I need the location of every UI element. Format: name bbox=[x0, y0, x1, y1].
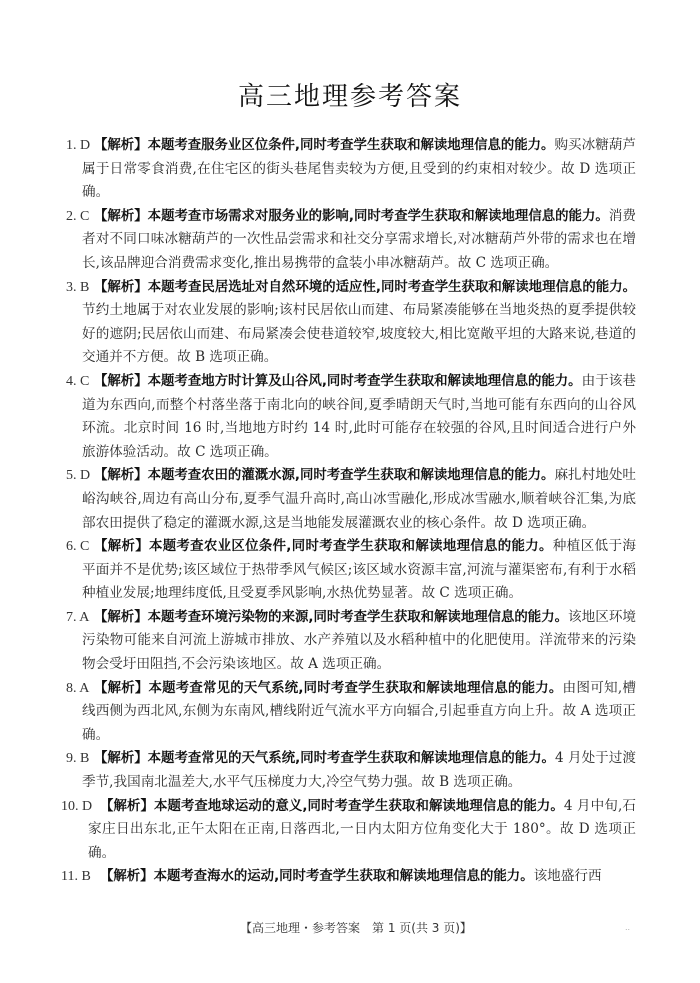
answer-lead: 本题考查市场需求对服务业的影响,同时考查学生获取和解读地理信息的能力。 bbox=[148, 209, 609, 224]
answer-body: 节约土地属于对农业发展的影响;该村民居依山而建、布局紧凑能够在当地炎热的夏季提供… bbox=[82, 302, 636, 365]
analysis-tag: 【解析】 bbox=[94, 751, 148, 766]
answer-item-10: 10. D【解析】本题考查地球运动的意义,同时考查学生获取和解读地理信息的能力。… bbox=[66, 795, 636, 866]
analysis-tag: 【解析】 bbox=[94, 468, 148, 483]
answer-lead: 本题考查海水的运动,同时考查学生获取和解读地理信息的能力。 bbox=[154, 869, 534, 884]
answer-number: 7. A bbox=[66, 606, 89, 630]
answer-number: 2. C bbox=[66, 205, 89, 229]
analysis-tag: 【解析】 bbox=[94, 539, 149, 554]
answer-lead: 本题考查常见的天气系统,同时考查学生获取和解读地理信息的能力。 bbox=[148, 751, 555, 766]
answer-lead: 本题考查农田的灌溉水源,同时考查学生获取和解读地理信息的能力。 bbox=[148, 468, 555, 483]
page-footer: 【高三地理・参考答案 第 1 页(共 3 页)】 bbox=[240, 919, 472, 936]
analysis-tag: 【解析】 bbox=[94, 209, 148, 224]
answer-lead: 本题考查地方时计算及山谷风,同时考查学生获取和解读地理信息的能力。 bbox=[148, 374, 582, 389]
answer-number: 4. C bbox=[66, 370, 89, 394]
answer-item-6: 6. C【解析】本题考查农业区位条件,同时考查学生获取和解读地理信息的能力。种植… bbox=[66, 535, 636, 606]
analysis-tag: 【解析】 bbox=[94, 374, 148, 389]
document-title: 高三地理参考答案 bbox=[0, 76, 700, 113]
answer-lead: 本题考查服务业区位条件,同时考查学生获取和解读地理信息的能力。 bbox=[148, 138, 555, 153]
answer-item-7: 7. A【解析】本题考查环境污染物的来源,同时考查学生获取和解读地理信息的能力。… bbox=[66, 606, 636, 677]
answer-number: 9. B bbox=[66, 747, 89, 771]
analysis-tag: 【解析】 bbox=[94, 681, 149, 696]
answer-number: 5. D bbox=[66, 464, 90, 488]
analysis-tag: 【解析】 bbox=[94, 138, 148, 153]
analysis-tag: 【解析】 bbox=[94, 280, 148, 295]
answer-number: 1. D bbox=[66, 134, 90, 158]
analysis-tag: 【解析】 bbox=[94, 610, 148, 625]
answer-item-3: 3. B【解析】本题考查民居选址对自然环境的适应性,同时考查学生获取和解读地理信… bbox=[66, 276, 636, 370]
answer-item-1: 1. D【解析】本题考查服务业区位条件,同时考查学生获取和解读地理信息的能力。购… bbox=[66, 134, 636, 205]
answer-item-11: 11. B【解析】本题考查海水的运动,同时考查学生获取和解读地理信息的能力。该地… bbox=[66, 865, 636, 889]
answer-item-4: 4. C【解析】本题考查地方时计算及山谷风,同时考查学生获取和解读地理信息的能力… bbox=[66, 370, 636, 464]
answer-number: 3. B bbox=[66, 276, 89, 300]
answer-lead: 本题考查民居选址对自然环境的适应性,同时考查学生获取和解读地理信息的能力。 bbox=[148, 280, 636, 295]
answer-lead: 本题考查环境污染物的来源,同时考查学生获取和解读地理信息的能力。 bbox=[148, 610, 568, 625]
answer-body: 该地盛行西 bbox=[534, 868, 602, 884]
answer-lead: 本题考查农业区位条件,同时考查学生获取和解读地理信息的能力。 bbox=[149, 539, 553, 554]
answer-list: 1. D【解析】本题考查服务业区位条件,同时考查学生获取和解读地理信息的能力。购… bbox=[66, 134, 636, 889]
answer-item-2: 2. C【解析】本题考查市场需求对服务业的影响,同时考查学生获取和解读地理信息的… bbox=[66, 205, 636, 276]
answer-item-9: 9. B【解析】本题考查常见的天气系统,同时考查学生获取和解读地理信息的能力。4… bbox=[66, 747, 636, 794]
answer-item-5: 5. D【解析】本题考查农田的灌溉水源,同时考查学生获取和解读地理信息的能力。麻… bbox=[66, 464, 636, 535]
answer-number: 6. C bbox=[66, 535, 89, 559]
analysis-tag: 【解析】 bbox=[100, 869, 154, 884]
answer-number: 11. B bbox=[61, 865, 91, 889]
answer-lead: 本题考查常见的天气系统,同时考查学生获取和解读地理信息的能力。 bbox=[149, 681, 563, 696]
answer-number: 10. D bbox=[61, 795, 92, 819]
answer-item-8: 8. A【解析】本题考查常见的天气系统,同时考查学生获取和解读地理信息的能力。由… bbox=[66, 677, 636, 748]
document-page: 高三地理参考答案 1. D【解析】本题考查服务业区位条件,同时考查学生获取和解读… bbox=[0, 0, 700, 983]
analysis-tag: 【解析】 bbox=[100, 799, 154, 814]
answer-number: 8. A bbox=[66, 677, 89, 701]
answer-lead: 本题考查地球运动的意义,同时考查学生获取和解读地理信息的能力。 bbox=[154, 799, 564, 814]
corner-mark: .. bbox=[625, 923, 630, 932]
